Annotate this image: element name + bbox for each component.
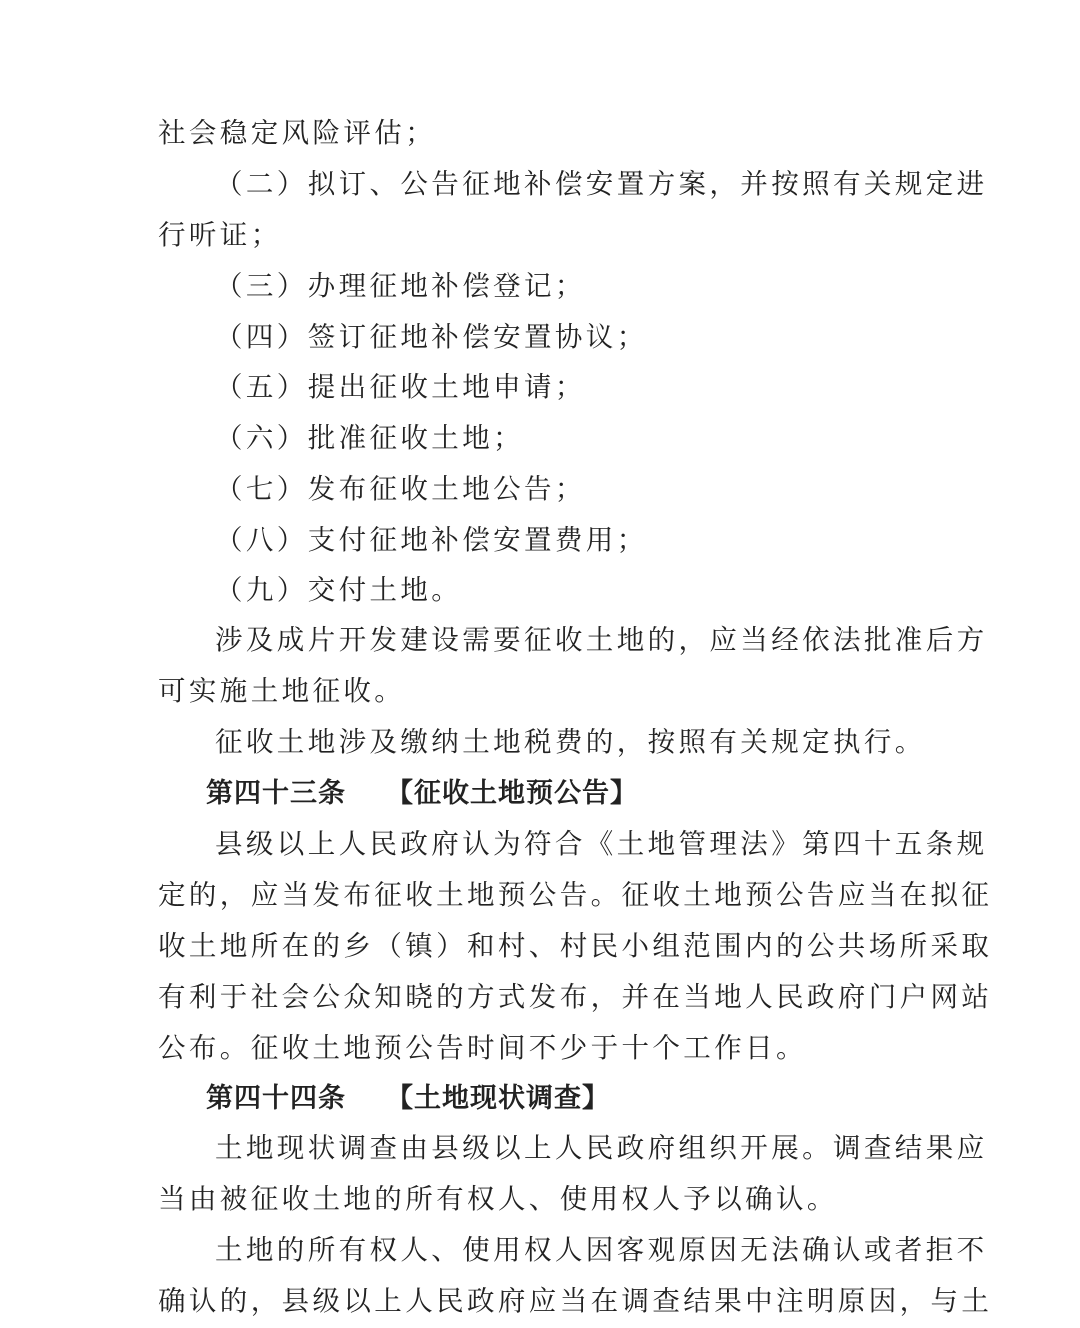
- list-item-2: （二）拟订、公告征地补偿安置方案，并按照有关规定进: [215, 159, 988, 210]
- paragraph-line: 确认的，县级以上人民政府应当在调查结果中注明原因，与土: [158, 1276, 992, 1327]
- paragraph-line: 收土地所在的乡（镇）和村、村民小组范围内的公共场所采取: [158, 921, 992, 972]
- list-item-9: （九）交付土地。: [215, 565, 462, 616]
- list-item-7: （七）发布征收土地公告；: [215, 464, 586, 515]
- paragraph-line: 土地现状调查由县级以上人民政府组织开展。调查结果应: [215, 1123, 988, 1174]
- paragraph-line: 土地的所有权人、使用权人因客观原因无法确认或者拒不: [215, 1225, 988, 1276]
- article-number: 第四十三条: [206, 778, 346, 809]
- article-title: 【征收土地预公告】: [386, 778, 638, 809]
- list-item-4: （四）签订征地补偿安置协议；: [215, 312, 648, 363]
- text-line: 行听证；: [158, 210, 282, 261]
- paragraph-line: 当由被征收土地的所有权人、使用权人予以确认。: [158, 1174, 838, 1225]
- paragraph-line: 征收土地涉及缴纳土地税费的，按照有关规定执行。: [215, 717, 926, 768]
- list-item-6: （六）批准征收土地；: [215, 413, 524, 464]
- paragraph-line: 县级以上人民政府认为符合《土地管理法》第四十五条规: [215, 819, 988, 870]
- list-item-3: （三）办理征地补偿登记；: [215, 261, 586, 312]
- article-43-heading: 第四十三条【征收土地预公告】: [206, 768, 638, 819]
- paragraph-line: 公布。征收土地预公告时间不少于十个工作日。: [158, 1023, 807, 1074]
- text-line: 社会稳定风险评估；: [158, 108, 436, 159]
- article-title: 【土地现状调查】: [386, 1083, 610, 1114]
- list-item-5: （五）提出征收土地申请；: [215, 362, 586, 413]
- article-number: 第四十四条: [206, 1083, 346, 1114]
- paragraph-line: 有利于社会公众知晓的方式发布，并在当地人民政府门户网站: [158, 972, 992, 1023]
- paragraph-line: 可实施土地征收。: [158, 666, 405, 717]
- paragraph-line: 定的，应当发布征收土地预公告。征收土地预公告应当在拟征: [158, 870, 992, 921]
- article-44-heading: 第四十四条【土地现状调查】: [206, 1073, 610, 1124]
- list-item-8: （八）支付征地补偿安置费用；: [215, 515, 648, 566]
- paragraph-line: 涉及成片开发建设需要征收土地的，应当经依法批准后方: [215, 615, 988, 666]
